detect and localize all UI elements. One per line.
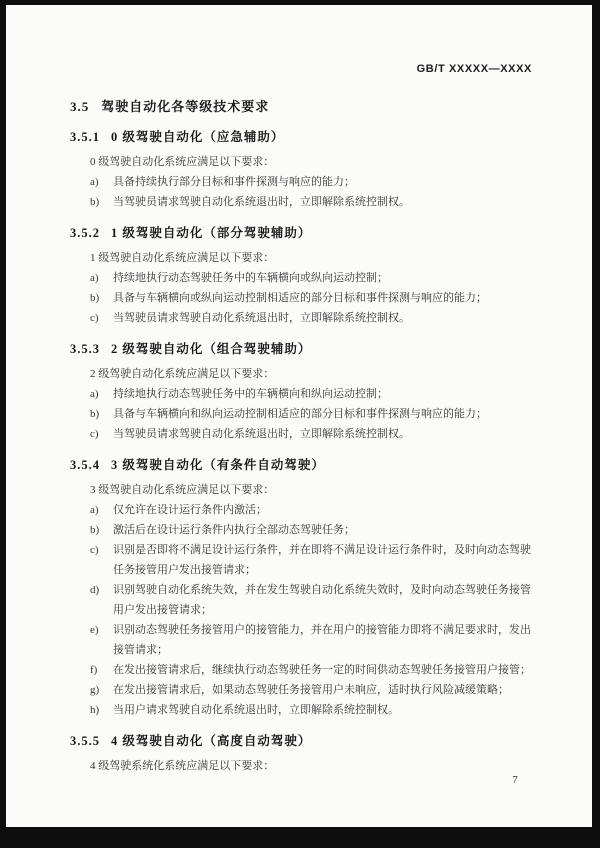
list-item-label: e) bbox=[90, 620, 113, 660]
list-item-label: f) bbox=[90, 660, 113, 680]
list-item: b) 具备与车辆横向和纵向运动控制相适应的部分目标和事件探测与响应的能力； bbox=[90, 404, 532, 424]
paragraph-intro: 2 级驾驶自动化系统应满足以下要求： bbox=[90, 364, 532, 384]
list-item-text: 识别驾驶自动化系统失效，并在发生驾驶自动化系统失效时，及时向动态驾驶任务接管用户… bbox=[113, 580, 532, 620]
list-item: b) 具备与车辆横向或纵向运动控制相适应的部分目标和事件探测与响应的能力； bbox=[90, 288, 532, 308]
list-item-text: 激活后在设计运行条件内执行全部动态驾驶任务； bbox=[113, 520, 532, 540]
list-item: a) 持续地执行动态驾驶任务中的车辆横向和纵向运动控制； bbox=[90, 384, 532, 404]
list-item-text: 当驾驶员请求驾驶自动化系统退出时，立即解除系统控制权。 bbox=[113, 424, 532, 444]
list-item: a) 持续地执行动态驾驶任务中的车辆横向或纵向运动控制； bbox=[90, 268, 532, 288]
section-3-5-1: 3.5.1 0 级驾驶自动化（应急辅助） 0 级驾驶自动化系统应满足以下要求： … bbox=[70, 128, 532, 212]
section-number: 3.5.5 bbox=[70, 732, 100, 750]
section-heading: 3.5.2 1 级驾驶自动化（部分驾驶辅助） bbox=[70, 224, 532, 242]
section-3-5-4: 3.5.4 3 级驾驶自动化（有条件自动驾驶） 3 级驾驶自动化系统应满足以下要… bbox=[70, 456, 532, 720]
section-3-5-3: 3.5.3 2 级驾驶自动化（组合驾驶辅助） 2 级驾驶自动化系统应满足以下要求… bbox=[70, 340, 532, 444]
scanned-page: GB/T XXXXX—XXXX 3.5 驾驶自动化各等级技术要求 3.5.1 0… bbox=[0, 0, 600, 848]
page-number: 7 bbox=[504, 774, 526, 786]
list-item-text: 当驾驶员请求驾驶自动化系统退出时，立即解除系统控制权。 bbox=[113, 308, 532, 328]
list-item-text: 具备与车辆横向或纵向运动控制相适应的部分目标和事件探测与响应的能力； bbox=[113, 288, 532, 308]
list-item-label: a) bbox=[90, 268, 113, 288]
list-item: a) 具备持续执行部分目标和事件探测与响应的能力； bbox=[90, 172, 532, 192]
document-content: GB/T XXXXX—XXXX 3.5 驾驶自动化各等级技术要求 3.5.1 0… bbox=[70, 5, 532, 776]
section-number: 3.5.2 bbox=[70, 224, 100, 242]
list-item-text: 当用户请求驾驶自动化系统退出时，立即解除系统控制权。 bbox=[113, 700, 532, 720]
section-heading: 3.5.1 0 级驾驶自动化（应急辅助） bbox=[70, 128, 532, 146]
list-item: a) 仅允许在设计运行条件内激活； bbox=[90, 500, 532, 520]
list-item: f) 在发出接管请求后，继续执行动态驾驶任务一定的时间供动态驾驶任务接管用户接管… bbox=[90, 660, 532, 680]
section-number: 3.5.4 bbox=[70, 456, 100, 474]
section-number: 3.5.3 bbox=[70, 340, 100, 358]
section-number: 3.5 bbox=[70, 98, 89, 116]
list-item-label: a) bbox=[90, 172, 113, 192]
list-item-text: 识别是否即将不满足设计运行条件，并在即将不满足设计运行条件时，及时向动态驾驶任务… bbox=[113, 540, 532, 580]
list-item: c) 当驾驶员请求驾驶自动化系统退出时，立即解除系统控制权。 bbox=[90, 424, 532, 444]
section-number: 3.5.1 bbox=[70, 128, 100, 146]
list-item: b) 激活后在设计运行条件内执行全部动态驾驶任务； bbox=[90, 520, 532, 540]
section-title: 2 级驾驶自动化（组合驾驶辅助） bbox=[111, 340, 311, 358]
paragraph-intro: 0 级驾驶自动化系统应满足以下要求： bbox=[90, 152, 532, 172]
list-item-label: c) bbox=[90, 308, 113, 328]
list-item-text: 具备与车辆横向和纵向运动控制相适应的部分目标和事件探测与响应的能力； bbox=[113, 404, 532, 424]
list-item: g) 在发出接管请求后，如果动态驾驶任务接管用户未响应，适时执行风险减缓策略； bbox=[90, 680, 532, 700]
list-item: c) 识别是否即将不满足设计运行条件，并在即将不满足设计运行条件时，及时向动态驾… bbox=[90, 540, 532, 580]
section-title: 1 级驾驶自动化（部分驾驶辅助） bbox=[111, 224, 311, 242]
list-item-label: a) bbox=[90, 384, 113, 404]
list-item-label: b) bbox=[90, 288, 113, 308]
section-title: 4 级驾驶自动化（高度自动驾驶） bbox=[111, 732, 311, 750]
list-item-label: c) bbox=[90, 540, 113, 580]
section-3-5-5: 3.5.5 4 级驾驶自动化（高度自动驾驶） 4 级驾驶系统化系统应满足以下要求… bbox=[70, 732, 532, 776]
list-item-label: b) bbox=[90, 520, 113, 540]
section-title: 3 级驾驶自动化（有条件自动驾驶） bbox=[111, 456, 325, 474]
list-item-label: g) bbox=[90, 680, 113, 700]
list-item-text: 在发出接管请求后，如果动态驾驶任务接管用户未响应，适时执行风险减缓策略； bbox=[113, 680, 532, 700]
list-item-label: c) bbox=[90, 424, 113, 444]
standard-code: GB/T XXXXX—XXXX bbox=[70, 62, 532, 76]
list-item: b) 当驾驶员请求驾驶自动化系统退出时，立即解除系统控制权。 bbox=[90, 192, 532, 212]
list-item-label: b) bbox=[90, 404, 113, 424]
paragraph-intro: 4 级驾驶系统化系统应满足以下要求： bbox=[90, 756, 532, 776]
list-item-text: 在发出接管请求后，继续执行动态驾驶任务一定的时间供动态驾驶任务接管用户接管； bbox=[113, 660, 532, 680]
section-heading: 3.5.3 2 级驾驶自动化（组合驾驶辅助） bbox=[70, 340, 532, 358]
list-item: h) 当用户请求驾驶自动化系统退出时，立即解除系统控制权。 bbox=[90, 700, 532, 720]
list-item-text: 仅允许在设计运行条件内激活； bbox=[113, 500, 532, 520]
section-title: 驾驶自动化各等级技术要求 bbox=[101, 98, 269, 116]
list-item-label: h) bbox=[90, 700, 113, 720]
section-title: 0 级驾驶自动化（应急辅助） bbox=[111, 128, 284, 146]
list-item-text: 当驾驶员请求驾驶自动化系统退出时，立即解除系统控制权。 bbox=[113, 192, 532, 212]
list-item-text: 识别动态驾驶任务接管用户的接管能力，并在用户的接管能力即将不满足要求时，发出接管… bbox=[113, 620, 532, 660]
section-heading-3-5: 3.5 驾驶自动化各等级技术要求 bbox=[70, 98, 532, 116]
list-item: e) 识别动态驾驶任务接管用户的接管能力，并在用户的接管能力即将不满足要求时，发… bbox=[90, 620, 532, 660]
document-paper: GB/T XXXXX—XXXX 3.5 驾驶自动化各等级技术要求 3.5.1 0… bbox=[6, 5, 592, 827]
list-item: c) 当驾驶员请求驾驶自动化系统退出时，立即解除系统控制权。 bbox=[90, 308, 532, 328]
list-item: d) 识别驾驶自动化系统失效，并在发生驾驶自动化系统失效时，及时向动态驾驶任务接… bbox=[90, 580, 532, 620]
list-item-text: 持续地执行动态驾驶任务中的车辆横向或纵向运动控制； bbox=[113, 268, 532, 288]
section-heading: 3.5.5 4 级驾驶自动化（高度自动驾驶） bbox=[70, 732, 532, 750]
list-item-label: d) bbox=[90, 580, 113, 620]
list-item-text: 具备持续执行部分目标和事件探测与响应的能力； bbox=[113, 172, 532, 192]
paragraph-intro: 1 级驾驶自动化系统应满足以下要求： bbox=[90, 248, 532, 268]
paragraph-intro: 3 级驾驶自动化系统应满足以下要求： bbox=[90, 480, 532, 500]
list-item-label: a) bbox=[90, 500, 113, 520]
list-item-text: 持续地执行动态驾驶任务中的车辆横向和纵向运动控制； bbox=[113, 384, 532, 404]
list-item-label: b) bbox=[90, 192, 113, 212]
section-heading: 3.5.4 3 级驾驶自动化（有条件自动驾驶） bbox=[70, 456, 532, 474]
section-3-5-2: 3.5.2 1 级驾驶自动化（部分驾驶辅助） 1 级驾驶自动化系统应满足以下要求… bbox=[70, 224, 532, 328]
